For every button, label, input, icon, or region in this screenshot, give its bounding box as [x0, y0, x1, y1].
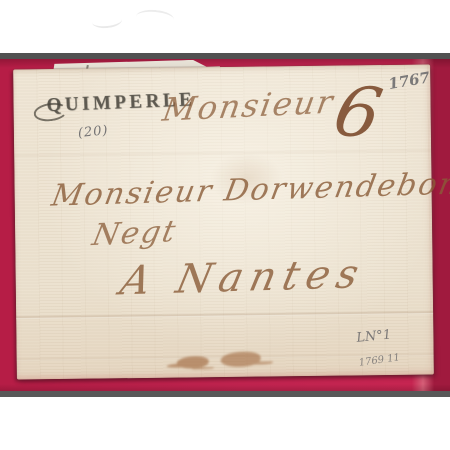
address-line-3: Negt [89, 214, 180, 253]
address-line-4: A Nantes [116, 251, 370, 304]
pencil-smudge [135, 8, 174, 27]
letter-front: QUIMPERLE (20) 1767 6 Monsieur Monsieur … [13, 64, 434, 379]
address-line-1: Monsieur [160, 83, 337, 129]
ink-stain [177, 356, 209, 368]
pencil-smudge [91, 12, 122, 29]
faint-pencil-marks [92, 8, 187, 30]
catalog-pencil-note: (20) [77, 123, 109, 141]
postage-rate-marking: 6 [328, 76, 387, 150]
ink-stain [221, 352, 261, 367]
address-line-2: Monsieur Dorwendebon [49, 167, 450, 214]
scanned-photo: QUIMPERLE (20) 1767 6 Monsieur Monsieur … [0, 0, 450, 450]
corner-pencil-note-1: LN°1 [356, 327, 392, 345]
scan-page: { "meta": { "description": "Scanned anti… [0, 0, 450, 450]
scanner-edge-bottom [0, 391, 450, 397]
year-annotation: 1767 [387, 68, 431, 93]
fold-crease-upper [16, 310, 433, 319]
